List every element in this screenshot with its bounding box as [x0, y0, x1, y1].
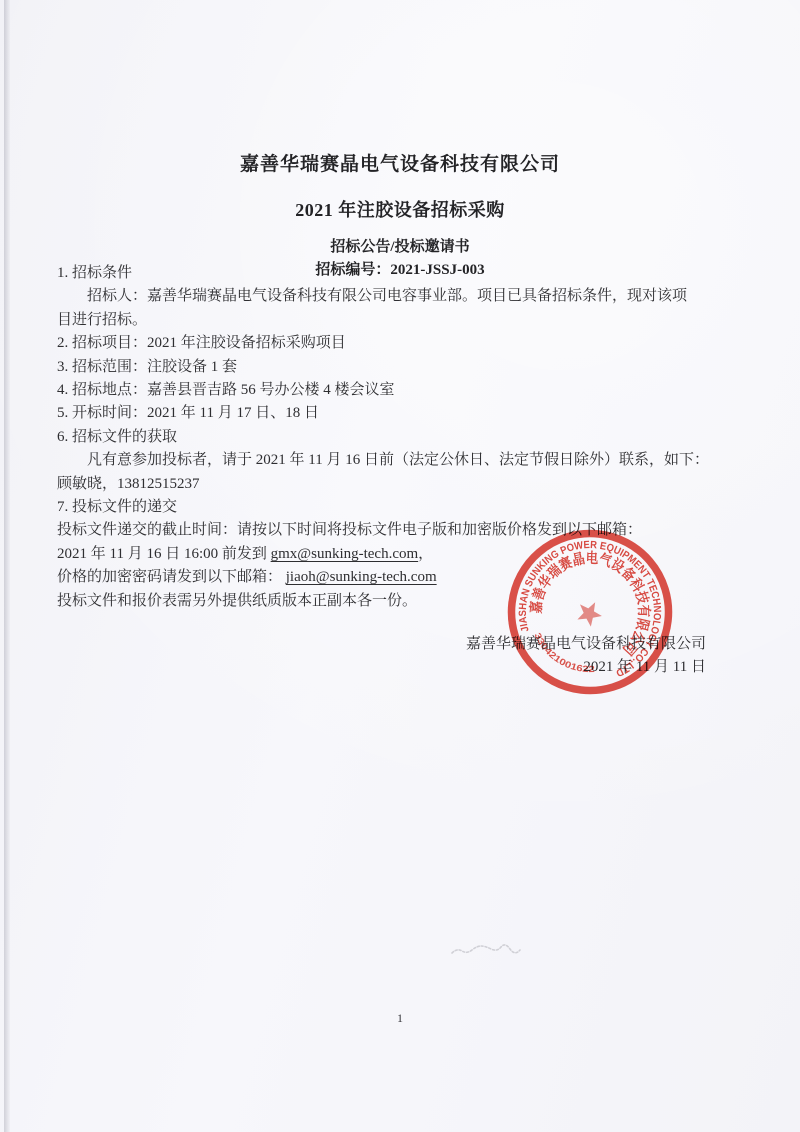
body-line: 4. 招标地点：嘉善县晋吉路 56 号办公楼 4 楼会议室 [57, 379, 743, 402]
body-line: 6. 招标文件的获取 [57, 426, 743, 449]
body-line: 凡有意参加投标者，请于 2021 年 11 月 16 日前（法定公休日、法定节假… [57, 449, 743, 472]
line-text: 价格的加密密码请发到以下邮箱： [57, 569, 286, 585]
notice-type: 招标公告/投标邀请书 [0, 235, 800, 256]
body-line: 3. 招标范围：注胶设备 1 套 [57, 356, 743, 379]
line-text: 4. 招标地点：嘉善县晋吉路 56 号办公楼 4 楼会议室 [57, 382, 395, 398]
body-line: 招标人：嘉善华瑞赛晶电气设备科技有限公司电容事业部。项目已具备招标条件，现对该项 [57, 285, 743, 308]
line-text: 顾敏晓，13812515237 [57, 476, 200, 492]
body-line: 1. 招标条件 [57, 262, 743, 285]
email-address: gmx@sunking-tech.com [271, 546, 419, 562]
company-title: 嘉善华瑞赛晶电气设备科技有限公司 [0, 149, 800, 176]
line-text: 6. 招标文件的获取 [57, 429, 177, 445]
email-address: jiaoh@sunking-tech.com [286, 569, 437, 585]
seal-star-icon [573, 596, 606, 628]
body-line: 5. 开标时间：2021 年 11 月 17 日、18 日 [57, 402, 743, 425]
line-text: 2021 年 11 月 16 日 16:00 前发到 [57, 546, 271, 562]
line-text: 2. 招标项目：2021 年注胶设备招标采购项目 [57, 335, 346, 351]
line-text: 投标文件和报价表需另外提供纸质版本正副本各一份。 [57, 593, 417, 609]
project-title: 2021 年注胶设备招标采购 [0, 196, 800, 222]
line-text: 招标人：嘉善华瑞赛晶电气设备科技有限公司电容事业部。项目已具备招标条件，现对该项 [87, 288, 687, 304]
pencil-smudge-mark [450, 941, 530, 959]
line-text: ， [418, 546, 433, 562]
line-text: 7. 投标文件的递交 [57, 499, 177, 515]
document-header: 嘉善华瑞赛晶电气设备科技有限公司 2021 年注胶设备招标采购 招标公告/投标邀… [0, 149, 800, 279]
scanned-document-page: 嘉善华瑞赛晶电气设备科技有限公司 2021 年注胶设备招标采购 招标公告/投标邀… [0, 0, 800, 1132]
line-text: 1. 招标条件 [57, 265, 132, 281]
company-seal-stamp: JIASHAN SUNKING POWER EQUIPMENT TECHNOLO… [504, 526, 676, 698]
line-text: 凡有意参加投标者，请于 2021 年 11 月 16 日前（法定公休日、法定节假… [87, 452, 709, 468]
line-text: 目进行招标。 [57, 312, 147, 328]
body-line: 顾敏晓，13812515237 [57, 473, 743, 496]
page-number: 1 [0, 1011, 800, 1026]
body-line: 2. 招标项目：2021 年注胶设备招标采购项目 [57, 332, 743, 355]
body-line: 目进行招标。 [57, 309, 743, 332]
body-line: 7. 投标文件的递交 [57, 496, 743, 519]
line-text: 3. 招标范围：注胶设备 1 套 [57, 359, 237, 375]
line-text: 5. 开标时间：2021 年 11 月 17 日、18 日 [57, 405, 319, 421]
